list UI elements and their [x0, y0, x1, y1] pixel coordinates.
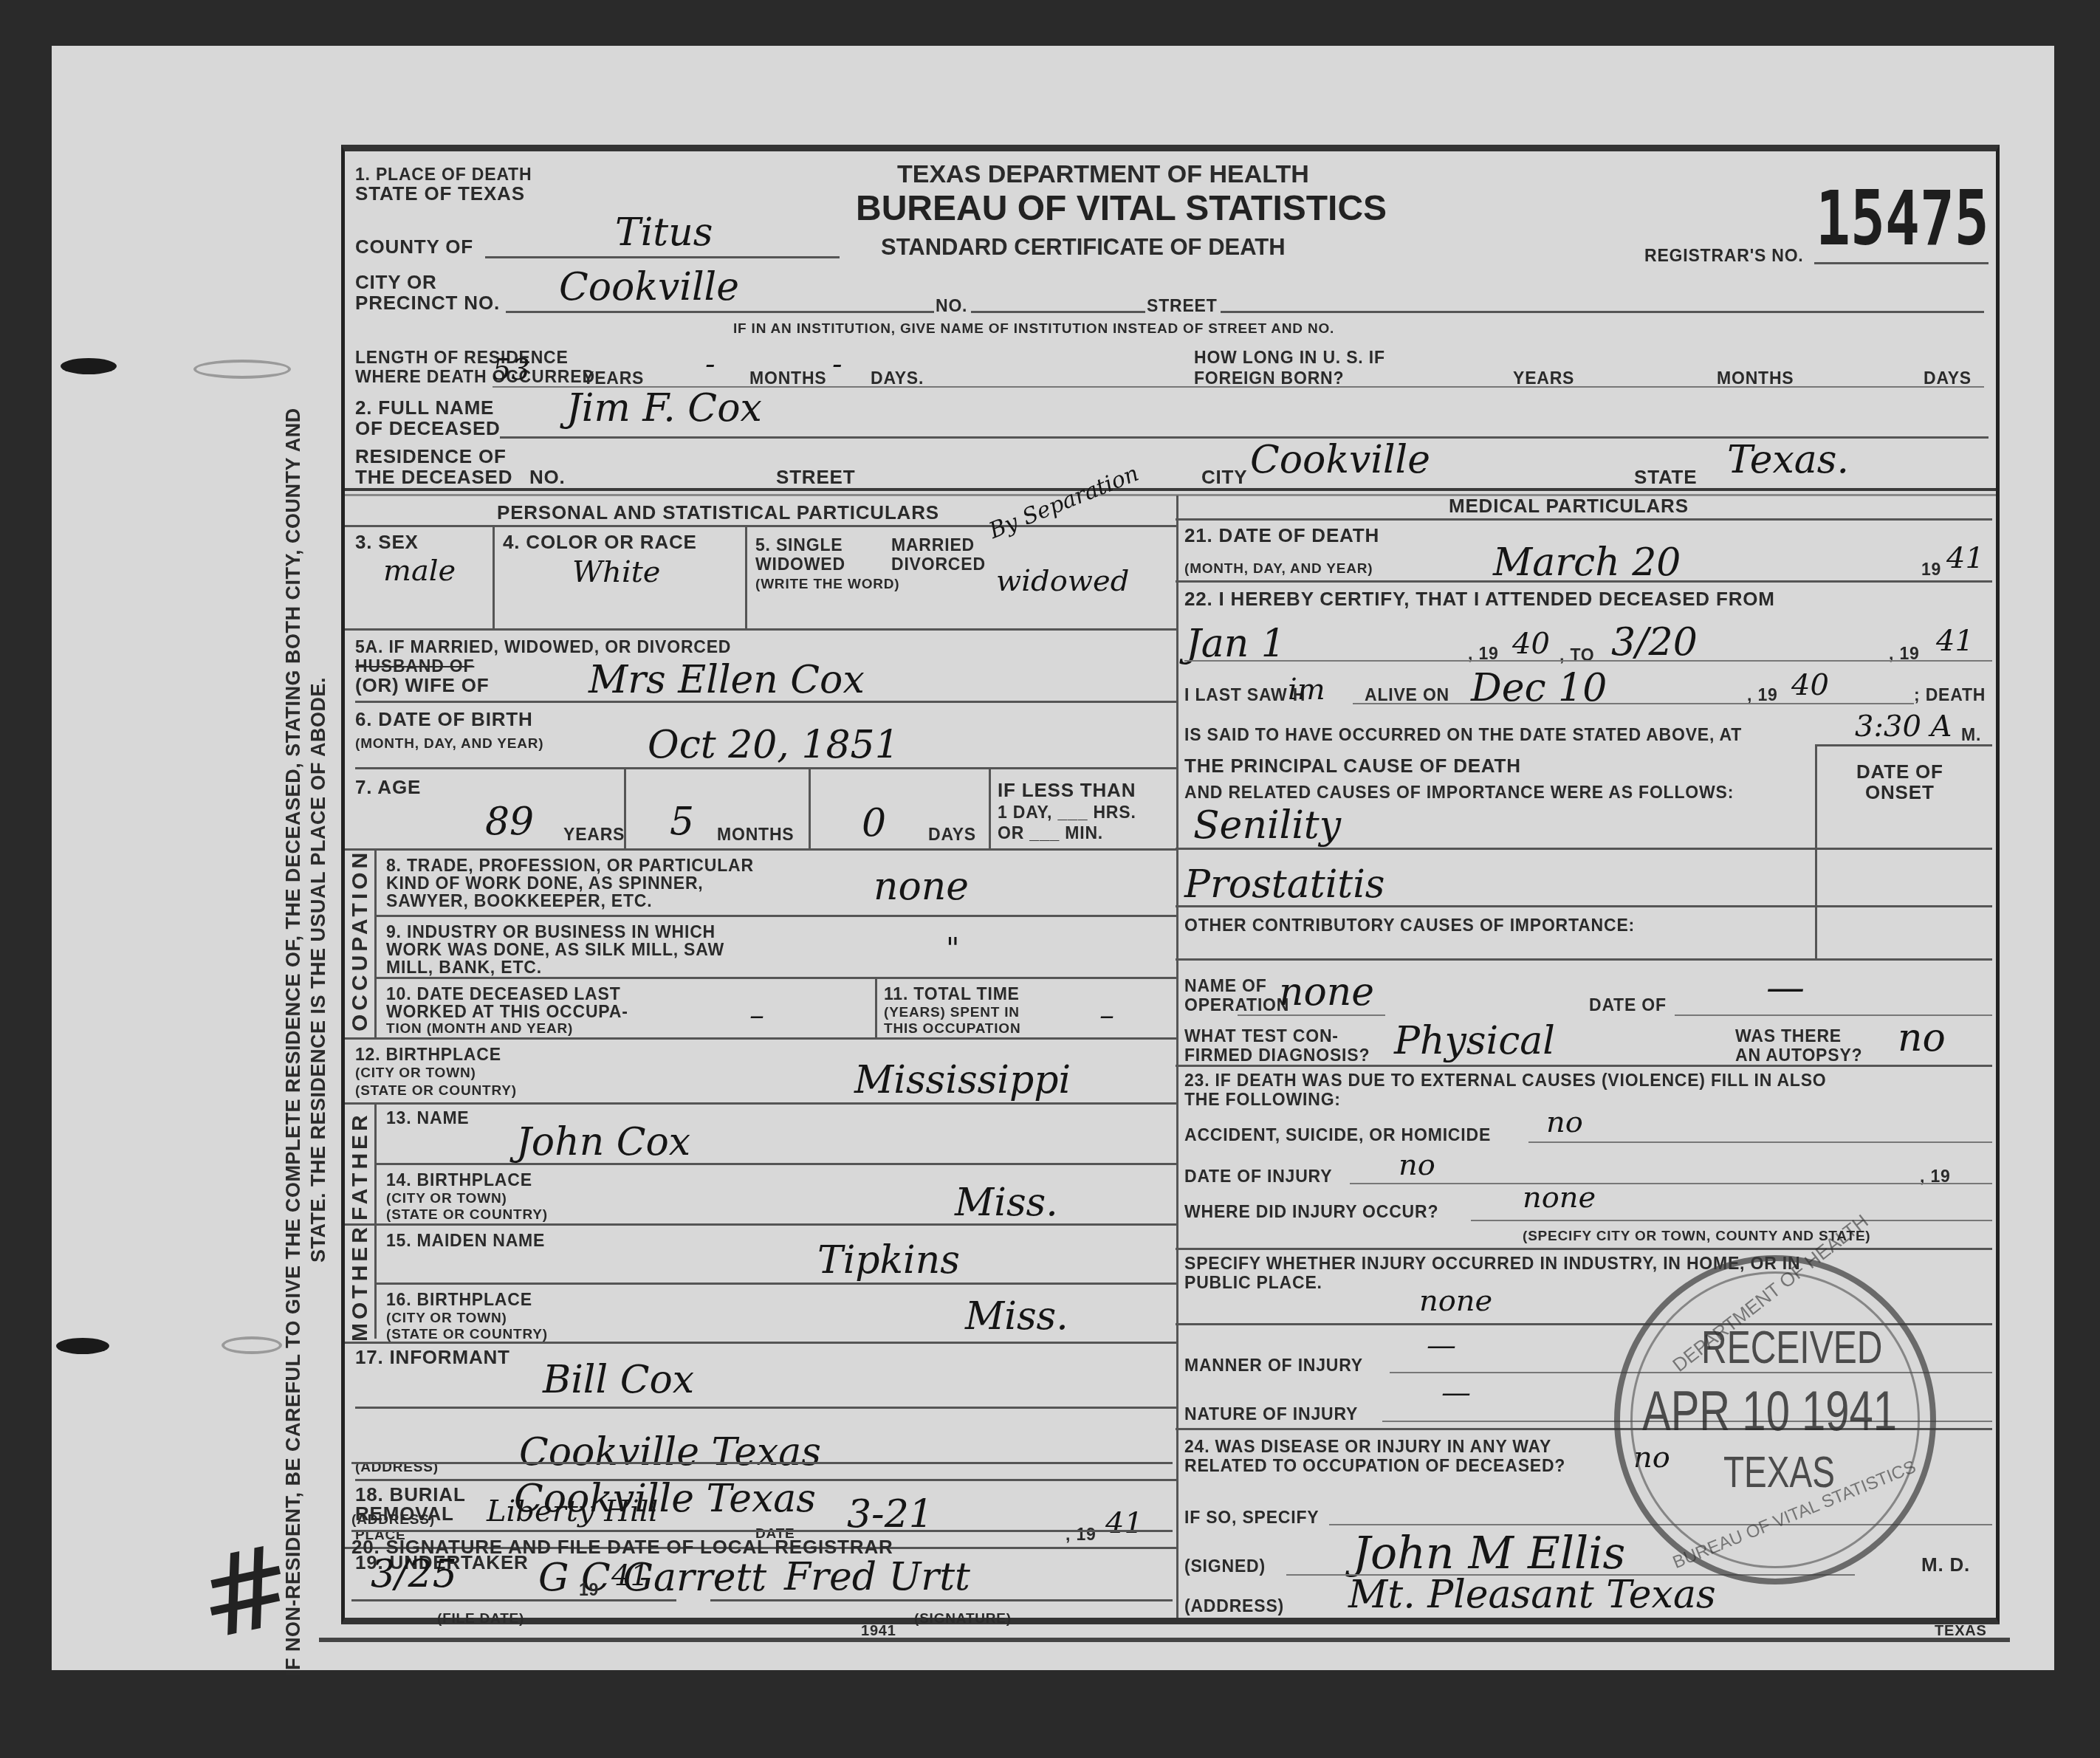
physician-address-label: (ADDRESS)	[1184, 1596, 1284, 1615]
foreign-born-label-1: HOW LONG IN U. S. IF	[1194, 348, 1385, 367]
onset-divider	[1815, 744, 1817, 958]
onset-label-1: DATE OF	[1856, 762, 1943, 781]
dod-label-2: (MONTH, DAY, AND YEAR)	[1184, 560, 1373, 579]
cause-2-line	[1176, 905, 1992, 907]
if-so-label: IF SO, SPECIFY	[1184, 1508, 1319, 1527]
mother-birthplace-line	[345, 1342, 1176, 1344]
registrar-file-date-value: 3/25	[371, 1555, 457, 1593]
marital-label-single: 5. SINGLE	[755, 535, 843, 554]
bureau-title: BUREAU OF VITAL STATISTICS	[856, 188, 1387, 229]
place-street-label: STREET	[1147, 296, 1218, 315]
injury-where-bottom-line	[1176, 1248, 1992, 1250]
cause-1-value: Senility	[1193, 806, 1341, 845]
industry-line	[374, 977, 1176, 979]
race-label: 4. COLOR OR RACE	[503, 532, 697, 552]
last-saw-pronoun: im	[1288, 675, 1325, 704]
trade-label-2: KIND OF WORK DONE, AS SPINNER,	[386, 873, 704, 893]
margin-instruction-line-1: IF NON-RESIDENT, BE CAREFUL TO GIVE THE …	[281, 408, 306, 1676]
sex-label: 3. SEX	[355, 532, 419, 552]
city-label-2: PRECINCT NO.	[355, 293, 500, 312]
personal-row1-line	[345, 628, 1176, 631]
dod-year-suffix: 41	[1946, 543, 1984, 573]
foreign-months-label: MONTHS	[1717, 368, 1794, 388]
age-divider-2	[809, 767, 811, 848]
attended-to-label: , TO	[1559, 645, 1595, 665]
registrar-number-label: REGISTRAR'S NO.	[1644, 246, 1804, 265]
residence-length-label-1: LENGTH OF RESIDENCE	[355, 348, 569, 367]
nature-value: —	[1441, 1378, 1471, 1407]
test-label-2: FIRMED DIAGNOSIS?	[1184, 1045, 1370, 1065]
sex-divider	[493, 525, 495, 628]
md-label: M. D.	[1921, 1555, 1970, 1574]
foreign-born-label-2: FOREIGN BORN?	[1194, 368, 1344, 388]
attended-line	[1184, 660, 1992, 662]
lower-fragment-year: 1941	[861, 1621, 896, 1641]
cause-label-1: THE PRINCIPAL CAUSE OF DEATH	[1184, 756, 1521, 775]
residence-years-value: 53	[493, 355, 530, 385]
dod-label-1: 21. DATE OF DEATH	[1184, 526, 1379, 545]
punch-hole-ghost-bottom	[222, 1336, 282, 1354]
place-street-line	[1221, 311, 1984, 313]
operation-label-2: OPERATION	[1184, 995, 1289, 1014]
injury-place-label-2: PUBLIC PLACE.	[1184, 1273, 1322, 1292]
operation-line	[1238, 1014, 1385, 1016]
age-years-value: 89	[485, 803, 534, 841]
onset-top-line	[1815, 744, 1992, 746]
age-days-label: DAYS	[928, 825, 976, 844]
residence-state-label: STATE	[1634, 467, 1697, 487]
age-line	[345, 848, 1176, 851]
undertaker-line	[351, 1462, 1173, 1464]
last-worked-label-3: TION (MONTH AND YEAR)	[386, 1020, 573, 1039]
father-birthplace-label-1: 14. BIRTHPLACE	[386, 1170, 532, 1189]
informant-label: 17. INFORMANT	[355, 1347, 510, 1367]
dod-year-prefix: 19	[1921, 560, 1941, 579]
less-than-label-2: 1 DAY, ___ HRS.	[998, 803, 1136, 822]
registrar-year-prefix: 19	[579, 1580, 599, 1599]
industry-label-3: MILL, BANK, ETC.	[386, 958, 542, 977]
spouse-label-husband: HUSBAND OF	[355, 656, 474, 676]
father-birthplace-value: Miss.	[955, 1184, 1058, 1222]
accident-value: no	[1546, 1108, 1583, 1137]
residence-years-label: YEARS	[583, 368, 644, 388]
total-time-value: –	[1099, 1000, 1114, 1030]
city-line	[506, 311, 934, 313]
mother-maiden-value: Tipkins	[817, 1241, 960, 1280]
undertaker-address-value: Cookville Texas	[514, 1480, 816, 1518]
registrar-signature-value: Fred Urtt	[784, 1558, 970, 1596]
county-value: Titus	[615, 213, 713, 252]
occupation-bottom-line	[345, 1037, 1176, 1040]
marital-label-write: (WRITE THE WORD)	[755, 575, 899, 594]
trade-line	[374, 915, 1176, 917]
informant-address-value: Cookville Texas	[519, 1433, 821, 1472]
mother-maiden-line	[374, 1283, 1176, 1285]
marital-label-married: MARRIED	[891, 535, 975, 554]
total-time-divider	[875, 977, 877, 1037]
dob-line	[355, 767, 1176, 769]
stamp-date: APR 10 1941	[1642, 1379, 1897, 1443]
age-months-value: 5	[670, 803, 694, 841]
certify-label: 22. I HEREBY CERTIFY, THAT I ATTENDED DE…	[1184, 589, 1775, 608]
marital-status-value: widowed	[996, 566, 1129, 596]
injury-where-line	[1471, 1220, 1992, 1221]
foreign-days-label: DAYS	[1924, 368, 1972, 388]
county-line	[485, 256, 840, 258]
last-saw-date-value: Dec 10	[1471, 669, 1607, 707]
city-value: Cookville	[559, 268, 739, 306]
physician-address-value: Mt. Pleasant Texas	[1348, 1576, 1716, 1614]
last-saw-year-suffix: 40	[1791, 670, 1829, 700]
total-time-label-1: 11. TOTAL TIME	[884, 984, 1020, 1003]
death-label: ; DEATH	[1914, 685, 1986, 704]
trade-label-3: SAWYER, BOOKKEEPER, ETC.	[386, 891, 652, 910]
spouse-line	[355, 701, 1176, 703]
physician-signature-value: John M Ellis	[1353, 1531, 1625, 1576]
place-no-line	[971, 311, 1145, 313]
personal-title-line	[345, 525, 1176, 527]
informant-address-label: (ADDRESS)	[355, 1458, 439, 1477]
injury-place-value: none	[1419, 1286, 1492, 1316]
spouse-label-wife: (OR) WIFE OF	[355, 676, 489, 695]
registrar-number: 15475	[1816, 176, 1989, 263]
alive-on-label: ALIVE ON	[1365, 685, 1449, 704]
spouse-label-1: 5A. IF MARRIED, WIDOWED, OR DIVORCED	[355, 637, 731, 656]
external-label-2: THE FOLLOWING:	[1184, 1090, 1341, 1109]
residence-months-value: -	[705, 349, 716, 379]
contributory-line	[1176, 958, 1992, 961]
medical-section-title: MEDICAL PARTICULARS	[1449, 496, 1689, 515]
injury-date-value: no	[1399, 1150, 1435, 1180]
dod-line	[1176, 580, 1992, 583]
occupation-side-divider	[374, 848, 377, 1037]
age-days-value: 0	[862, 804, 886, 842]
contributory-label: OTHER CONTRIBUTORY CAUSES OF IMPORTANCE:	[1184, 916, 1635, 935]
last-worked-value: –	[749, 1000, 764, 1030]
father-name-label: 13. NAME	[386, 1108, 469, 1127]
marital-label-divorced: DIVORCED	[891, 554, 986, 574]
father-birthplace-line	[345, 1223, 1176, 1226]
dod-value: March 20	[1493, 543, 1681, 582]
father-name-value: John Cox	[516, 1123, 690, 1161]
birthplace-value: Mississippi	[854, 1061, 1071, 1099]
place-of-death-label: 1. PLACE OF DEATH	[355, 165, 532, 184]
mother-birthplace-label-1: 16. BIRTHPLACE	[386, 1290, 532, 1309]
certificate-type-title: STANDARD CERTIFICATE OF DEATH	[881, 234, 1286, 261]
nature-label: NATURE OF INJURY	[1184, 1404, 1358, 1424]
accident-line	[1528, 1141, 1992, 1143]
informant-line	[355, 1407, 1176, 1409]
personal-section-title: PERSONAL AND STATISTICAL PARTICULARS	[497, 503, 939, 522]
industry-value: "	[946, 934, 959, 964]
operation-date-label: DATE OF	[1589, 995, 1667, 1014]
external-label-1: 23. IF DEATH WAS DUE TO EXTERNAL CAUSES …	[1184, 1071, 1827, 1090]
registrar-year-suffix: 41	[611, 1561, 649, 1590]
race-value: White	[572, 557, 660, 587]
residence-city-value: Cookville	[1250, 441, 1430, 479]
registrar-file-date-label: (FILE DATE)	[437, 1610, 524, 1629]
age-years-label: YEARS	[563, 825, 625, 844]
attended-to-value: 3/20	[1611, 623, 1698, 662]
dob-label-2: (MONTH, DAY, AND YEAR)	[355, 735, 543, 754]
occupation-related-label-1: 24. WAS DISEASE OR INJURY IN ANY WAY	[1184, 1437, 1551, 1456]
operation-label-1: NAME OF	[1184, 976, 1267, 995]
injury-where-label: WHERE DID INJURY OCCUR?	[1184, 1202, 1438, 1221]
autopsy-label-2: AN AUTOPSY?	[1735, 1045, 1862, 1065]
marital-label-widowed: WIDOWED	[755, 554, 845, 574]
agency-title: TEXAS DEPARTMENT OF HEALTH	[897, 160, 1309, 189]
foreign-years-label: YEARS	[1513, 368, 1574, 388]
birthplace-label-2: (CITY OR TOWN)	[355, 1064, 476, 1083]
residence-state-value: Texas.	[1727, 441, 1849, 479]
birthplace-label-1: 12. BIRTHPLACE	[355, 1045, 501, 1064]
stamp-received: RECEIVED	[1701, 1322, 1882, 1375]
marital-annotation: By Separation	[986, 463, 1142, 543]
city-label-1: CITY OR	[355, 272, 437, 292]
punch-hole-top	[61, 358, 117, 374]
autopsy-value: no	[1898, 1019, 1946, 1057]
occupation-related-label-2: RELATED TO OCCUPATION OF DECEASED?	[1184, 1456, 1565, 1475]
residence-days-value: -	[832, 349, 843, 379]
state-of-texas-label: STATE OF TEXAS	[355, 184, 525, 203]
registrar-number-line	[1814, 262, 1989, 264]
trade-label-1: 8. TRADE, PROFESSION, OR PARTICULAR	[386, 856, 754, 875]
dob-label-1: 6. DATE OF BIRTH	[355, 710, 533, 729]
informant-name-value: Bill Cox	[543, 1361, 694, 1399]
father-side-label: FATHER	[348, 1111, 373, 1220]
mother-birthplace-value: Miss.	[965, 1297, 1068, 1336]
punch-hole-bottom	[56, 1338, 109, 1354]
attended-from-year-suffix: 40	[1512, 629, 1550, 659]
residence-label-2: THE DECEASED	[355, 467, 512, 487]
last-worked-label-2: WORKED AT THIS OCCUPA-	[386, 1002, 628, 1021]
accident-label: ACCIDENT, SUICIDE, OR HOMICIDE	[1184, 1125, 1491, 1144]
age-months-label: MONTHS	[717, 825, 794, 844]
test-label-1: WHAT TEST CON-	[1184, 1026, 1339, 1045]
time-suffix-label: M.	[1961, 725, 1981, 744]
injury-where-value: none	[1523, 1183, 1596, 1212]
full-name-label-2: OF DECEASED	[355, 419, 501, 438]
sex-value: male	[383, 556, 456, 586]
full-name-label-1: 2. FULL NAME	[355, 398, 494, 417]
residence-city-label: CITY	[1201, 467, 1247, 487]
residence-length-label-2: WHERE DEATH OCCURRED	[355, 367, 595, 386]
margin-instruction-line-2: STATE. THE RESIDENCE IS THE USUAL PLACE …	[306, 408, 331, 1676]
medical-title-line	[1176, 518, 1992, 521]
institution-note: IF IN AN INSTITUTION, GIVE NAME OF INSTI…	[733, 320, 1334, 339]
registrar-file-date-line	[351, 1599, 676, 1601]
cause-2-value: Prostatitis	[1184, 865, 1384, 904]
operation-date-value: —	[1766, 969, 1805, 1007]
county-label: COUNTY OF	[355, 237, 473, 256]
test-value: Physical	[1394, 1022, 1555, 1060]
father-birthplace-label-3: (STATE OR COUNTRY)	[386, 1206, 548, 1225]
residence-days-label: DAYS.	[871, 368, 924, 388]
undertaker-address-line	[351, 1530, 1173, 1532]
underlying-page-line	[319, 1638, 2010, 1642]
injury-date-label: DATE OF INJURY	[1184, 1167, 1332, 1186]
age-divider-3	[989, 767, 991, 848]
last-worked-label-1: 10. DATE DECEASED LAST	[386, 984, 621, 1003]
residence-months-label: MONTHS	[749, 368, 826, 388]
race-divider	[745, 525, 747, 628]
lower-fragment-state: TEXAS	[1935, 1621, 1987, 1641]
last-saw-line	[1353, 703, 1914, 704]
less-than-label-3: OR ___ MIN.	[998, 823, 1103, 842]
signed-label: (SIGNED)	[1184, 1556, 1266, 1576]
injury-date-line	[1350, 1183, 1992, 1184]
spouse-value: Mrs Ellen Cox	[589, 661, 865, 699]
trade-value: none	[874, 868, 969, 906]
last-saw-year-prefix: , 19	[1747, 685, 1778, 704]
residence-label-1: RESIDENCE OF	[355, 447, 507, 466]
stamp-state: TEXAS	[1723, 1446, 1835, 1497]
occupation-side-label: OCCUPATION	[348, 849, 373, 1031]
cause-label-2: AND RELATED CAUSES OF IMPORTANCE WERE AS…	[1184, 783, 1734, 802]
less-than-label-1: IF LESS THAN	[998, 780, 1136, 800]
onset-label-2: ONSET	[1865, 783, 1935, 802]
cause-1-line	[1176, 848, 1992, 850]
time-of-death-value: 3:30 A	[1855, 712, 1952, 741]
age-divider-1	[624, 767, 626, 848]
received-stamp: DEPARTMENT OF HEALTH RECEIVED APR 10 194…	[1614, 1255, 1936, 1584]
attended-to-year-suffix: 41	[1936, 626, 1974, 656]
birthplace-line	[345, 1102, 1176, 1105]
full-name-value: Jim F. Cox	[566, 389, 762, 428]
registrar-signature-line	[710, 1599, 1173, 1601]
attended-from-value: Jan 1	[1186, 625, 1286, 663]
occurred-label: IS SAID TO HAVE OCCURRED ON THE DATE STA…	[1184, 725, 1742, 744]
father-name-line	[374, 1163, 1176, 1165]
dob-value: Oct 20, 1851	[648, 726, 899, 764]
place-no-label: NO.	[936, 296, 967, 315]
parents-side-divider	[374, 1102, 377, 1339]
margin-instruction: IF NON-RESIDENT, BE CAREFUL TO GIVE THE …	[281, 408, 331, 1676]
mother-side-label: MOTHER	[348, 1223, 373, 1342]
mother-maiden-label: 15. MAIDEN NAME	[386, 1231, 545, 1250]
total-time-label-3: THIS OCCUPATION	[884, 1020, 1020, 1039]
age-label: 7. AGE	[355, 777, 421, 797]
autopsy-label-1: WAS THERE	[1735, 1026, 1842, 1045]
test-line	[1176, 1065, 1992, 1067]
manner-label: MANNER OF INJURY	[1184, 1356, 1363, 1375]
manner-value: —	[1427, 1330, 1456, 1360]
industry-label-1: 9. INDUSTRY OR BUSINESS IN WHICH	[386, 922, 716, 941]
birthplace-label-3: (STATE OR COUNTRY)	[355, 1082, 517, 1101]
industry-label-2: WORK WAS DONE, AS SILK MILL, SAW	[386, 940, 724, 959]
punch-hole-ghost-top	[193, 360, 291, 379]
undertaker-address-label: (ADDRESS)	[351, 1511, 435, 1530]
residence-street-label: STREET	[776, 467, 855, 487]
operation-value: none	[1279, 973, 1374, 1012]
registrar-signature-label: (SIGNATURE)	[914, 1610, 1012, 1629]
residence-no-label: NO.	[529, 467, 566, 487]
